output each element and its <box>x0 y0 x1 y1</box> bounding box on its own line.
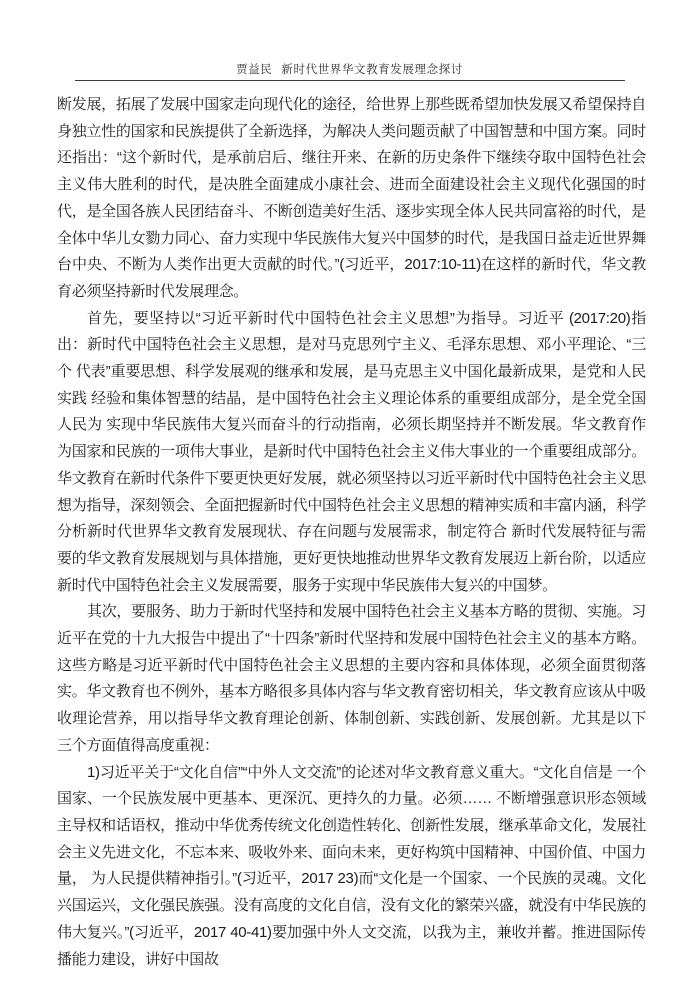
page-body: 断发展，拓展了发展中国家走向现代化的途径，给世界上那些既希望加快发展又希望保持自… <box>57 92 646 973</box>
paragraph-continuation: 断发展，拓展了发展中国家走向现代化的途径，给世界上那些既希望加快发展又希望保持自… <box>57 92 646 306</box>
document-page: 贾益民新时代世界华文教育发展理念探讨 断发展，拓展了发展中国家走向现代化的途径，… <box>0 0 699 983</box>
header-title: 新时代世界华文教育发展理念探讨 <box>281 64 463 76</box>
paragraph-item-1: 1)习近平关于“文化自信”“中外人文交流”的论述对华文教育意义重大。“文化自信是… <box>57 760 646 974</box>
header-rule <box>75 80 625 81</box>
running-header: 贾益民新时代世界华文教育发展理念探讨 <box>0 61 699 77</box>
header-author: 贾益民 <box>236 64 272 76</box>
paragraph-second-point: 其次，要服务、助力于新时代坚持和发展中国特色社会主义基本方略的贯彻、实施。习近平… <box>57 599 646 759</box>
paragraph-first-point: 首先，要坚持以“习近平新时代中国特色社会主义思想”为指导。习近平 (2017:2… <box>57 306 646 600</box>
